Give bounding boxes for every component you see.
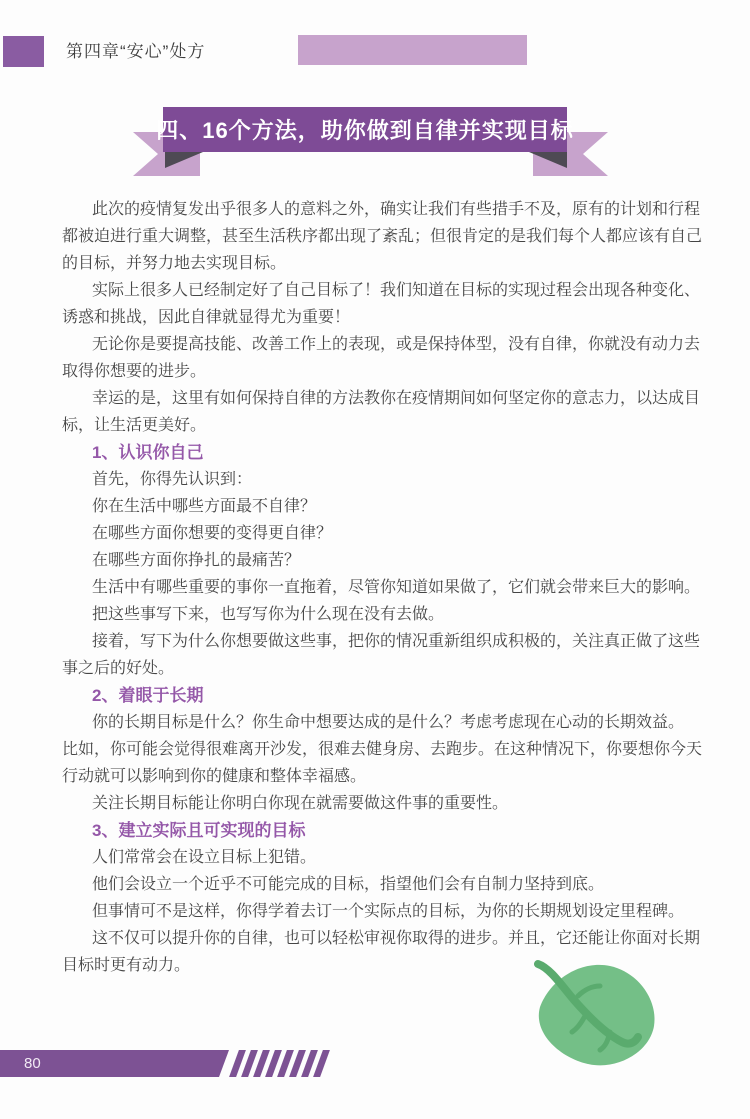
section-ribbon: 四、16个方法，助你做到自律并实现目标 xyxy=(0,100,750,180)
section-heading: 3、建立实际且可实现的目标 xyxy=(62,817,722,844)
body-line: 都被迫进行重大调整，甚至生活秩序都出现了紊乱；但很肯定的是我们每个人都应该有自己 xyxy=(62,223,722,250)
section-heading: 1、认识你自己 xyxy=(62,439,722,466)
body-line: 人们常常会在设立目标上犯错。 xyxy=(62,844,722,871)
body-line: 幸运的是，这里有如何保持自律的方法教你在疫情期间如何坚定你的意志力，以达成目 xyxy=(62,385,722,412)
body-line: 的目标，并努力地去实现目标。 xyxy=(62,250,722,277)
article: 此次的疫情复发出乎很多人的意料之外，确实让我们有些措手不及，原有的计划和行程都被… xyxy=(62,196,722,979)
body-line: 行动就可以影响到你的健康和整体幸福感。 xyxy=(62,763,722,790)
page-number: 80 xyxy=(24,1054,41,1073)
body-line: 事之后的好处。 xyxy=(62,655,722,682)
body-line: 标，让生活更美好。 xyxy=(62,412,722,439)
body-line: 实际上很多人已经制定好了自己目标了！我们知道在目标的实现过程会出现各种变化、 xyxy=(62,277,722,304)
page-number-bar: 80 xyxy=(0,1050,229,1077)
book-page: { "header": { "chapter_title": "第四章“安心”处… xyxy=(0,0,750,1119)
leaf-icon xyxy=(522,952,672,1077)
body-line: 在哪些方面你挣扎的最痛苦？ xyxy=(62,547,722,574)
section-title: 四、16个方法，助你做到自律并实现目标 xyxy=(163,107,567,152)
body-line: 他们会设立一个近乎不可能完成的目标，指望他们会有自制力坚持到底。 xyxy=(62,871,722,898)
body-line: 首先，你得先认识到： xyxy=(62,466,722,493)
body-line: 取得你想要的进步。 xyxy=(62,358,722,385)
section-heading: 2、着眼于长期 xyxy=(62,682,722,709)
body-line: 接着，写下为什么你想要做这些事，把你的情况重新组织成积极的，关注真正做了这些 xyxy=(62,628,722,655)
body-line: 关注长期目标能让你明白你现在就需要做这件事的重要性。 xyxy=(62,790,722,817)
body-line: 此次的疫情复发出乎很多人的意料之外，确实让我们有些措手不及，原有的计划和行程 xyxy=(62,196,722,223)
body-line: 把这些事写下来，也写写你为什么现在没有去做。 xyxy=(62,601,722,628)
body-line: 但事情可不是这样，你得学着去订一个实际点的目标，为你的长期规划设定里程碑。 xyxy=(62,898,722,925)
body-line: 比如，你可能会觉得很难离开沙发，很难去健身房、去跑步。在这种情况下，你要想你今天 xyxy=(62,736,722,763)
chapter-title: 第四章“安心”处方 xyxy=(66,42,205,62)
body-line: 你在生活中哪些方面最不自律？ xyxy=(62,493,722,520)
body-line: 在哪些方面你想要的变得更自律？ xyxy=(62,520,722,547)
chapter-marker-square xyxy=(3,36,44,67)
body-line: 你的长期目标是什么？你生命中想要达成的是什么？考虑考虑现在心动的长期效益。 xyxy=(62,709,722,736)
footer-stripes xyxy=(234,1050,330,1077)
body-line: 诱惑和挑战，因此自律就显得尤为重要！ xyxy=(62,304,722,331)
body-line: 无论你是要提高技能、改善工作上的表现，或是保持体型，没有自律，你就没有动力去 xyxy=(62,331,722,358)
body-line: 生活中有哪些重要的事你一直拖着，尽管你知道如果做了，它们就会带来巨大的影响。 xyxy=(62,574,722,601)
body-line: 这不仅可以提升你的自律，也可以轻松审视你取得的进步。并且，它还能让你面对长期 xyxy=(62,925,722,952)
header-accent-bar xyxy=(298,35,527,65)
